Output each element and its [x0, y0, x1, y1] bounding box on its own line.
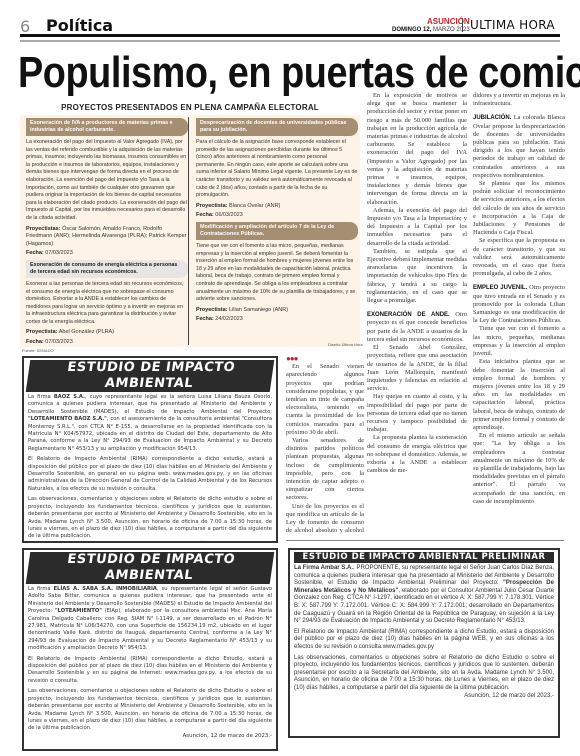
authors-label: Proyectistas:	[26, 226, 61, 232]
article-paragraph: Hay quejas en cuanto al costo, y la impo…	[367, 393, 467, 434]
article-paragraph: La propuesta plantea la exoneración del …	[367, 434, 467, 475]
authors-label: Proyectista:	[196, 307, 228, 313]
city-label: ASUNCIÓN	[392, 18, 470, 26]
divider-rule	[286, 540, 564, 541]
authors-label: Proyectista:	[196, 203, 228, 209]
ad-text: La firma	[28, 586, 54, 592]
project-tag: Modificación y ampliación del artículo 7…	[196, 222, 358, 240]
projects-box-title: PROYECTOS PRESENTADOS EN PLENA CAMPAÑA E…	[20, 103, 360, 112]
ad-heading: ESTUDIO DE IMPACTO AMBIENTAL PRELIMINAR	[294, 552, 554, 563]
project-text: Exonerar a las personas de tercera edad …	[26, 281, 188, 327]
project-date: Fecha: 06/03/2023	[196, 212, 358, 220]
section-title: Política	[46, 16, 113, 35]
subhead-text: La colorada Blanca Ovelar propone la des…	[473, 114, 565, 178]
ad-signature: Asunción, 12 de marzo de 2023.-	[28, 733, 272, 739]
project-text: La exoneración del pago del Impuesto al …	[26, 139, 188, 223]
bullet-dots-icon: ●●●	[286, 355, 364, 363]
article-column-1: En la exposición de motivos se alega que…	[367, 92, 467, 558]
article-subsection: EXONERACIÓN DE ANDE. Otro proyecto es el…	[367, 311, 467, 344]
article-side-column: ●●● En el Senado vienen apareciendo algu…	[286, 355, 364, 535]
ad-paragraph: Las observaciones, comentarios u objecio…	[28, 688, 272, 732]
ad-project: "LOTEAMIENTO BAOZ S.A."	[28, 416, 107, 422]
date-label: Fecha:	[26, 250, 44, 256]
project-authors: Proyectista: Lilian Samaniego (ANR)	[196, 307, 358, 315]
date-label: Fecha:	[196, 212, 214, 218]
project-date: Fecha: 07/03/2023	[26, 250, 188, 258]
source-caption: Fuente: SENADO	[22, 348, 54, 353]
project-authors: Proyectista: Blanca Ovelar (ANR)	[196, 203, 358, 211]
dateline: ASUNCIÓN DOMINGO 12, MARZO 2023	[392, 18, 470, 34]
article-paragraph: Tiene que ver con el fomento a las micro…	[473, 325, 565, 358]
article-paragraph: didores y a invertir en mejoras en la in…	[473, 92, 565, 108]
design-credit: Diseño Última Hora	[328, 342, 363, 347]
article-paragraph: El Senado Abel González, proyectista, re…	[367, 344, 467, 393]
date-label: Fecha:	[26, 339, 44, 345]
project-date: Fecha: 24/02/2023	[196, 316, 358, 324]
project-authors: Proyectistas: Óscar Salomón, Amaldo Fran…	[26, 226, 188, 249]
article-subsection: JUBILACIÓN. La colorada Blanca Ovelar pr…	[473, 114, 565, 180]
project-tag: Desprecarización de docentes de universi…	[196, 118, 358, 136]
article-paragraph: Se plantea que los mismos podrán solicit…	[473, 180, 565, 237]
projects-box: Exoneración de IVA a productores de mate…	[20, 115, 360, 347]
date-value: 07/03/2023	[44, 339, 73, 345]
date-value: 07/03/2023	[44, 250, 73, 256]
ad-heading: ESTUDIO DE IMPACTO AMBIENTAL	[26, 360, 274, 392]
ad-body: La firma ELÍAS A. SABA S.A. INMOBILIARIA…	[28, 586, 272, 733]
authors-value: Abel González (PLRA)	[58, 329, 115, 335]
project-date: Fecha: 07/03/2023	[26, 339, 188, 347]
date-value: 06/03/2023	[214, 212, 243, 218]
date-value: 24/02/2023	[214, 316, 243, 322]
header-rule	[20, 34, 560, 37]
authors-value: Lilian Samaniego (ANR)	[228, 307, 289, 313]
ad-text: (EIAp), elaborado por la consultora ambi…	[28, 608, 272, 651]
ad-paragraph: El Relatorio de Impacto Ambiental (RIMA)…	[28, 656, 272, 686]
article-paragraph: Varios senadores de distintos partidos p…	[286, 437, 364, 503]
ad-text: La firma	[28, 394, 54, 400]
ad-environmental-ambar: ESTUDIO DE IMPACTO AMBIENTAL PRELIMINAR …	[288, 548, 560, 738]
ad-project: "LOTEAMIENTO"	[55, 608, 102, 614]
project-text: Para el cálculo de la asignación base co…	[196, 139, 358, 200]
ad-heading: ESTUDIO DE IMPACTO AMBIENTAL	[26, 552, 274, 584]
subhead-ande: EXONERACIÓN DE ANDE.	[367, 312, 450, 318]
projects-left-column: Exoneración de IVA a productores de mate…	[26, 118, 188, 349]
article-subsection: EMPLEO JUVENIL. Otro proyecto que tuvo e…	[473, 284, 565, 325]
article-paragraph: En el Senado vienen apareciendo algunos …	[286, 363, 364, 437]
ad-company: ELÍAS A. SABA S.A. INMOBILIARIA	[54, 586, 157, 592]
ad-paragraph: Las observaciones, comentarios u objecio…	[294, 655, 554, 693]
date-day: DOMINGO 12,	[392, 27, 431, 33]
ad-body: La firma BAOZ S.A., cuyo representante l…	[28, 394, 272, 541]
project-authors: Proyectista: Abel González (PLRA)	[26, 329, 188, 337]
date-rest: MARZO 2023	[431, 27, 469, 33]
subhead-empleo: EMPLEO JUVENIL.	[473, 285, 527, 291]
ad-environmental-baoz: ESTUDIO DE IMPACTO AMBIENTAL La firma BA…	[22, 356, 278, 543]
article-paragraph: También, se estipula que el Ejecutivo de…	[367, 248, 467, 305]
ad-paragraph: El Relatorio de Impacto Ambiental (RIMA)…	[294, 629, 554, 652]
date-label: DOMINGO 12, MARZO 2023	[392, 26, 470, 34]
article-column-2: didores y a invertir en mejoras en la in…	[473, 92, 565, 558]
project-tag: Exoneración de IVA a productores de mate…	[26, 118, 188, 136]
projects-right-column: Desprecarización de docentes de universi…	[196, 118, 358, 326]
article-paragraph: En el mismo artículo se señala que: "La …	[473, 432, 565, 506]
article-paragraph: En la exposición de motivos se alega que…	[367, 92, 467, 207]
grey-rule	[20, 40, 560, 42]
authors-value: Blanca Ovelar (ANR)	[228, 203, 281, 209]
authors-label: Proyectista:	[26, 329, 58, 335]
ad-environmental-saba: ESTUDIO DE IMPACTO AMBIENTAL La firma EL…	[22, 548, 278, 751]
date-label: Fecha:	[196, 316, 214, 322]
article-paragraph: Se especifica que la propuesta es de car…	[473, 237, 565, 278]
ad-paragraph: Las observaciones, comentarios y objecio…	[28, 496, 272, 540]
article-paragraph: Además, la exención del pago del Impuest…	[367, 207, 467, 248]
brand-name: ULTIMA HORA	[470, 18, 555, 32]
column-divider	[188, 117, 189, 345]
ad-signature: Asunción, 12 de marzo de 2023.-	[28, 541, 272, 543]
article-paragraph: Esta iniciativa plantea que se debe fome…	[473, 358, 565, 432]
ad-paragraph: El Relatorio de Impacto Ambiental (RIMA)…	[28, 456, 272, 493]
headline: Populismo, en puertas de comicios	[18, 48, 580, 98]
subhead-jubilacion: JUBILACIÓN.	[473, 115, 511, 121]
ad-body: La Firma Ambar S.A., PROPONENTE, su repr…	[294, 565, 554, 693]
project-text: Tiene que ver con el fomento a las micro…	[196, 243, 358, 304]
ad-company: BAOZ S.A.	[54, 394, 85, 400]
article-paragraph: Uno de los proyectos es el que modifica …	[286, 503, 364, 535]
project-tag: Exoneración de consumo de energía eléctr…	[26, 260, 188, 278]
header-separator	[462, 18, 463, 32]
ad-signature: Asunción, 12 de marzo del 2023.-	[294, 693, 554, 699]
ad-company: La Firma Ambar S.A.	[294, 565, 353, 571]
